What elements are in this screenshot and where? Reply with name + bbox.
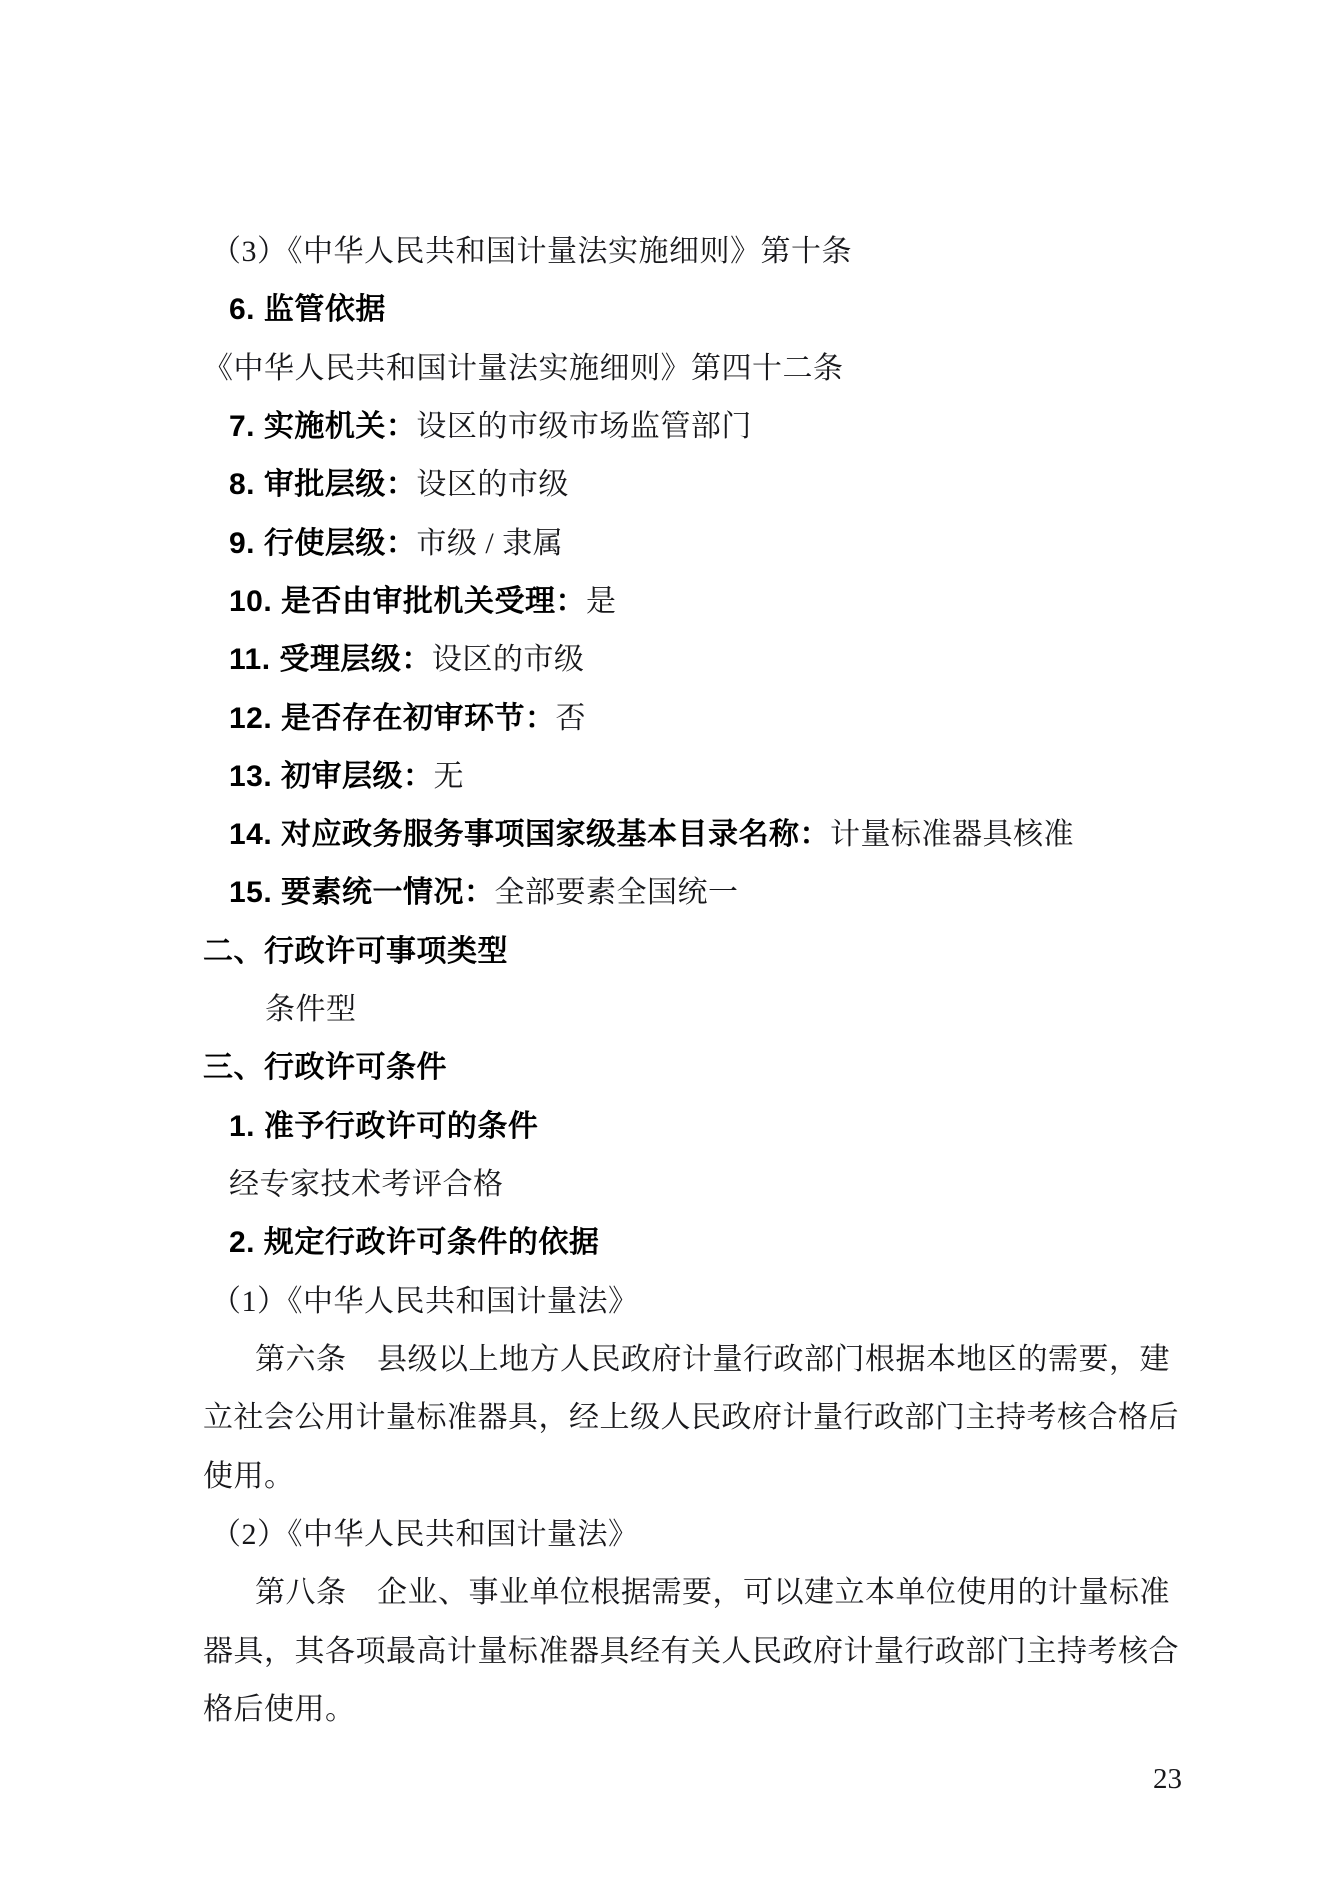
label-text: 15. 要素统一情况： [229, 876, 495, 909]
label-text: 二、行政许可事项类型 [203, 935, 508, 968]
text-line: 9. 行使层级：市级 / 隶属 [203, 515, 1181, 573]
body-text: 使用。 [203, 1460, 295, 1493]
label-text: 7. 实施机关： [229, 410, 416, 443]
label-text: 14. 对应政务服务事项国家级基本目录名称： [229, 818, 830, 851]
text-line: （2）《中华人民共和国计量法》 [203, 1506, 1181, 1564]
text-line: 三、行政许可条件 [203, 1039, 1181, 1097]
body-text: 《中华人民共和国计量法实施细则》第四十二条 [203, 352, 844, 385]
body-text: 市级 / 隶属 [416, 527, 563, 560]
text-line: 器具，其各项最高计量标准器具经有关人民政府计量行政部门主持考核合 [203, 1623, 1181, 1681]
body-text: 格后使用。 [203, 1693, 356, 1726]
body-text: 是 [586, 585, 617, 618]
body-text: 立社会公用计量标准器具，经上级人民政府计量行政部门主持考核合格后 [203, 1401, 1179, 1434]
body-text: 设区的市级 [432, 643, 585, 676]
body-text: 计量标准器具核准 [830, 818, 1074, 851]
text-line: 11. 受理层级：设区的市级 [203, 631, 1181, 689]
label-text: 10. 是否由审批机关受理： [229, 585, 586, 618]
text-line: （1）《中华人民共和国计量法》 [203, 1273, 1181, 1331]
body-text: 设区的市级 [416, 468, 569, 501]
text-line: 13. 初审层级：无 [203, 748, 1181, 806]
body-text: 经专家技术考评合格 [229, 1168, 504, 1201]
text-line: 7. 实施机关：设区的市级市场监管部门 [203, 398, 1181, 456]
text-line: 15. 要素统一情况：全部要素全国统一 [203, 864, 1181, 922]
body-text: 否 [556, 702, 587, 735]
label-text: 9. 行使层级： [229, 527, 416, 560]
body-text: 器具，其各项最高计量标准器具经有关人民政府计量行政部门主持考核合 [203, 1635, 1179, 1668]
text-line: （3）《中华人民共和国计量法实施细则》第十条 [203, 223, 1181, 281]
text-line: 二、行政许可事项类型 [203, 923, 1181, 981]
text-line: 格后使用。 [203, 1681, 1181, 1739]
text-line: 条件型 [203, 981, 1181, 1039]
label-text: 11. 受理层级： [229, 643, 432, 676]
text-line: 《中华人民共和国计量法实施细则》第四十二条 [203, 340, 1181, 398]
text-line: 2. 规定行政许可条件的依据 [203, 1214, 1181, 1272]
text-line: 第六条 县级以上地方人民政府计量行政部门根据本地区的需要，建 [203, 1331, 1181, 1389]
body-text: 第六条 县级以上地方人民政府计量行政部门根据本地区的需要，建 [255, 1343, 1170, 1376]
body-text: 第八条 企业、事业单位根据需要，可以建立本单位使用的计量标准 [255, 1576, 1170, 1609]
label-text: 12. 是否存在初审环节： [229, 702, 556, 735]
label-text: 8. 审批层级： [229, 468, 416, 501]
text-line: 经专家技术考评合格 [203, 1156, 1181, 1214]
body-text: （3）《中华人民共和国计量法实施细则》第十条 [211, 235, 852, 268]
body-text: 设区的市级市场监管部门 [416, 410, 752, 443]
document-page: { "page": { "number": "23", "background_… [0, 0, 1339, 1890]
text-line: 立社会公用计量标准器具，经上级人民政府计量行政部门主持考核合格后 [203, 1389, 1181, 1447]
text-line: 10. 是否由审批机关受理：是 [203, 573, 1181, 631]
text-line: 第八条 企业、事业单位根据需要，可以建立本单位使用的计量标准 [203, 1564, 1181, 1622]
body-text: （1）《中华人民共和国计量法》 [211, 1285, 639, 1318]
label-text: 6. 监管依据 [229, 293, 386, 326]
text-line: 6. 监管依据 [203, 281, 1181, 339]
label-text: 13. 初审层级： [229, 760, 434, 793]
text-line: 14. 对应政务服务事项国家级基本目录名称：计量标准器具核准 [203, 806, 1181, 864]
body-text: 条件型 [265, 993, 357, 1026]
label-text: 1. 准予行政许可的条件 [229, 1110, 538, 1143]
document-body: （3）《中华人民共和国计量法实施细则》第十条6. 监管依据《中华人民共和国计量法… [203, 223, 1181, 1739]
text-line: 1. 准予行政许可的条件 [203, 1098, 1181, 1156]
body-text: 全部要素全国统一 [495, 876, 739, 909]
label-text: 2. 规定行政许可条件的依据 [229, 1226, 599, 1259]
page-number: 23 [1153, 1750, 1182, 1808]
body-text: （2）《中华人民共和国计量法》 [211, 1518, 639, 1551]
label-text: 三、行政许可条件 [203, 1051, 447, 1084]
text-line: 8. 审批层级：设区的市级 [203, 456, 1181, 514]
text-line: 使用。 [203, 1448, 1181, 1506]
text-line: 12. 是否存在初审环节：否 [203, 690, 1181, 748]
body-text: 无 [434, 760, 465, 793]
